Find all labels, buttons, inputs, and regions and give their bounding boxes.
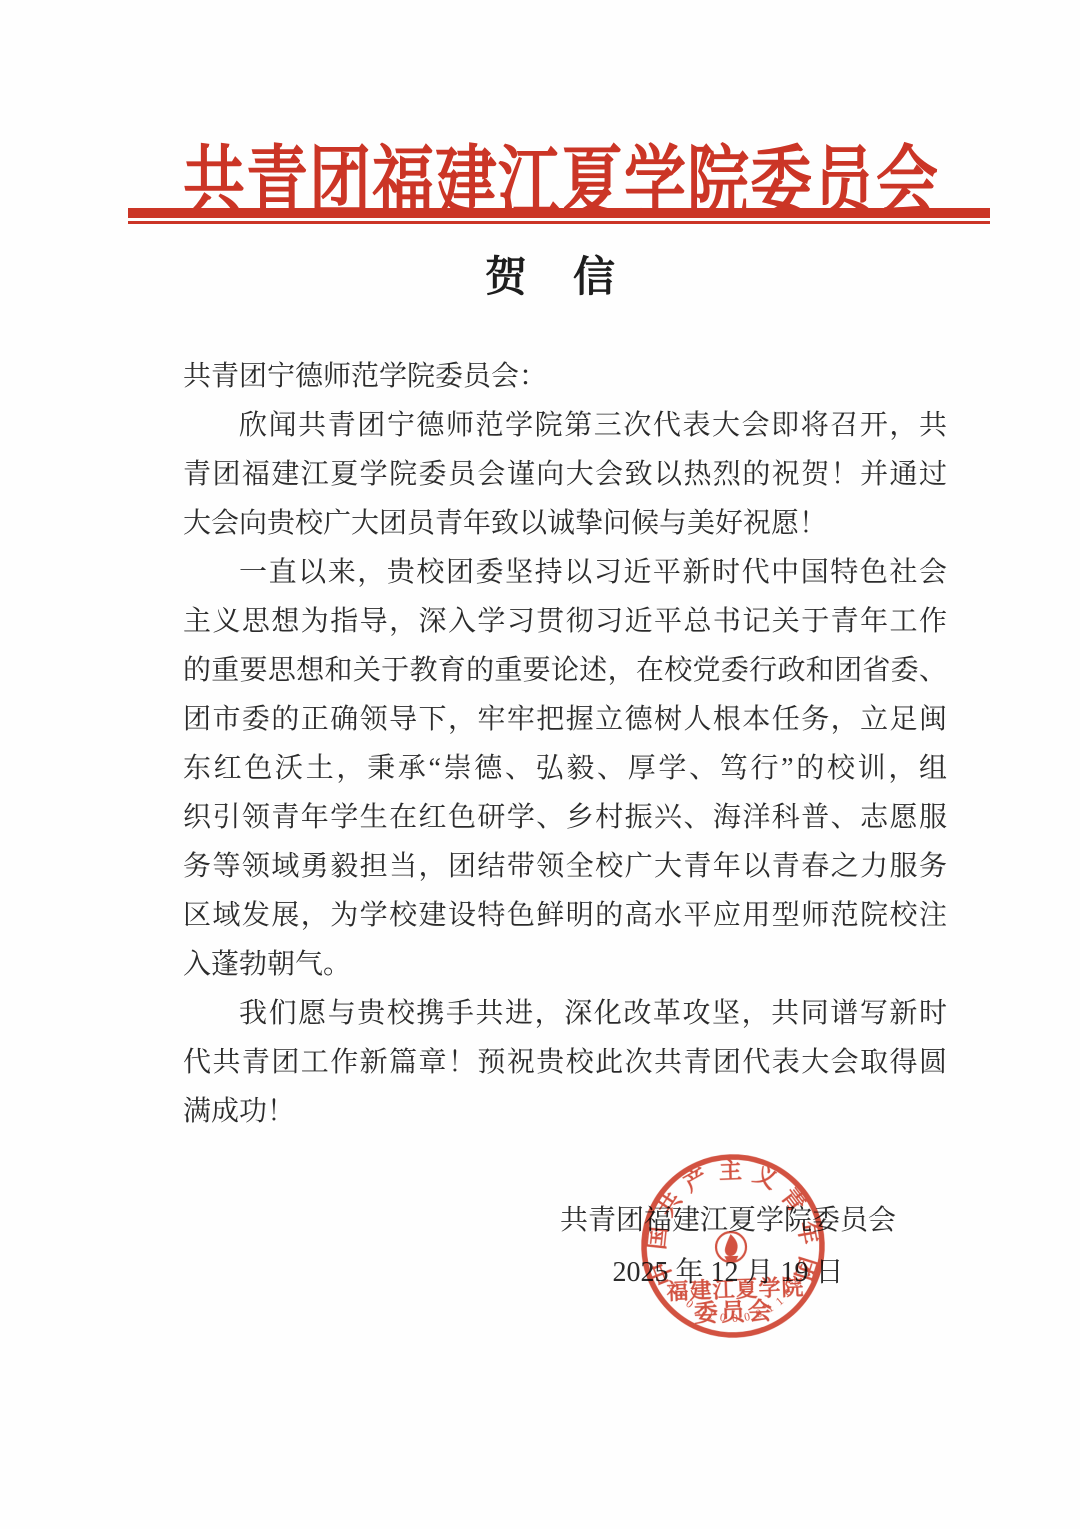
body-line: 团市委的正确领导下，牢牢把握立德树人根本任务，立足闽: [183, 695, 947, 744]
red-divider-thick: [128, 208, 990, 218]
body-line: 东红色沃土，秉承“崇德、弘毅、厚学、笃行”的校训，组: [183, 744, 947, 793]
salutation: 共青团宁德师范学院委员会：: [183, 352, 947, 401]
body-line: 的重要思想和关于教育的重要论述，在校党委行政和团省委、: [183, 646, 947, 695]
body-line: 青团福建江夏学院委员会谨向大会致以热烈的祝贺！并通过: [183, 450, 947, 499]
seal-ring-text: 中国共产主义青年团: [641, 1155, 824, 1289]
body-line: 满成功！: [183, 1087, 947, 1136]
body-lines: 欣闻共青团宁德师范学院第三次代表大会即将召开，共青团福建江夏学院委员会谨向大会致…: [183, 401, 947, 1136]
body-line: 主义思想为指导，深入学习贯彻习近平总书记关于青年工作: [183, 597, 947, 646]
body-line: 代共青团工作新篇章！预祝贵校此次共青团代表大会取得圆: [183, 1038, 947, 1087]
body-line: 大会向贵校广大团员青年致以诚挚问候与美好祝愿！: [183, 499, 947, 548]
body-line: 我们愿与贵校携手共进，深化改革攻坚，共同谱写新时: [183, 989, 947, 1038]
body-line: 一直以来，贵校团委坚持以习近平新时代中国特色社会: [183, 548, 947, 597]
letter-body: 共青团宁德师范学院委员会： 欣闻共青团宁德师范学院第三次代表大会即将召开，共青团…: [183, 352, 947, 1136]
cyl-emblem-icon: [716, 1232, 747, 1263]
body-line: 区域发展，为学校建设特色鲜明的高水平应用型师范院校注: [183, 891, 947, 940]
body-line: 务等领域勇毅担当，团结带领全校广大青年以青春之力服务: [183, 842, 947, 891]
red-divider-thin: [128, 221, 990, 224]
body-line: 织引领青年学生在红色研学、乡村振兴、海洋科普、志愿服: [183, 793, 947, 842]
doc-title: 贺 信: [11, 244, 1080, 304]
official-seal: 中国共产主义青年团 福建江夏学院 委员会 3501100001108: [625, 1142, 842, 1349]
body-line: 入蓬勃朝气。: [183, 940, 947, 989]
letter-page: 共青团福建江夏学院委员会 贺 信 共青团宁德师范学院委员会： 欣闻共青团宁德师范…: [0, 0, 1080, 1529]
body-line: 欣闻共青团宁德师范学院第三次代表大会即将召开，共: [183, 401, 947, 450]
